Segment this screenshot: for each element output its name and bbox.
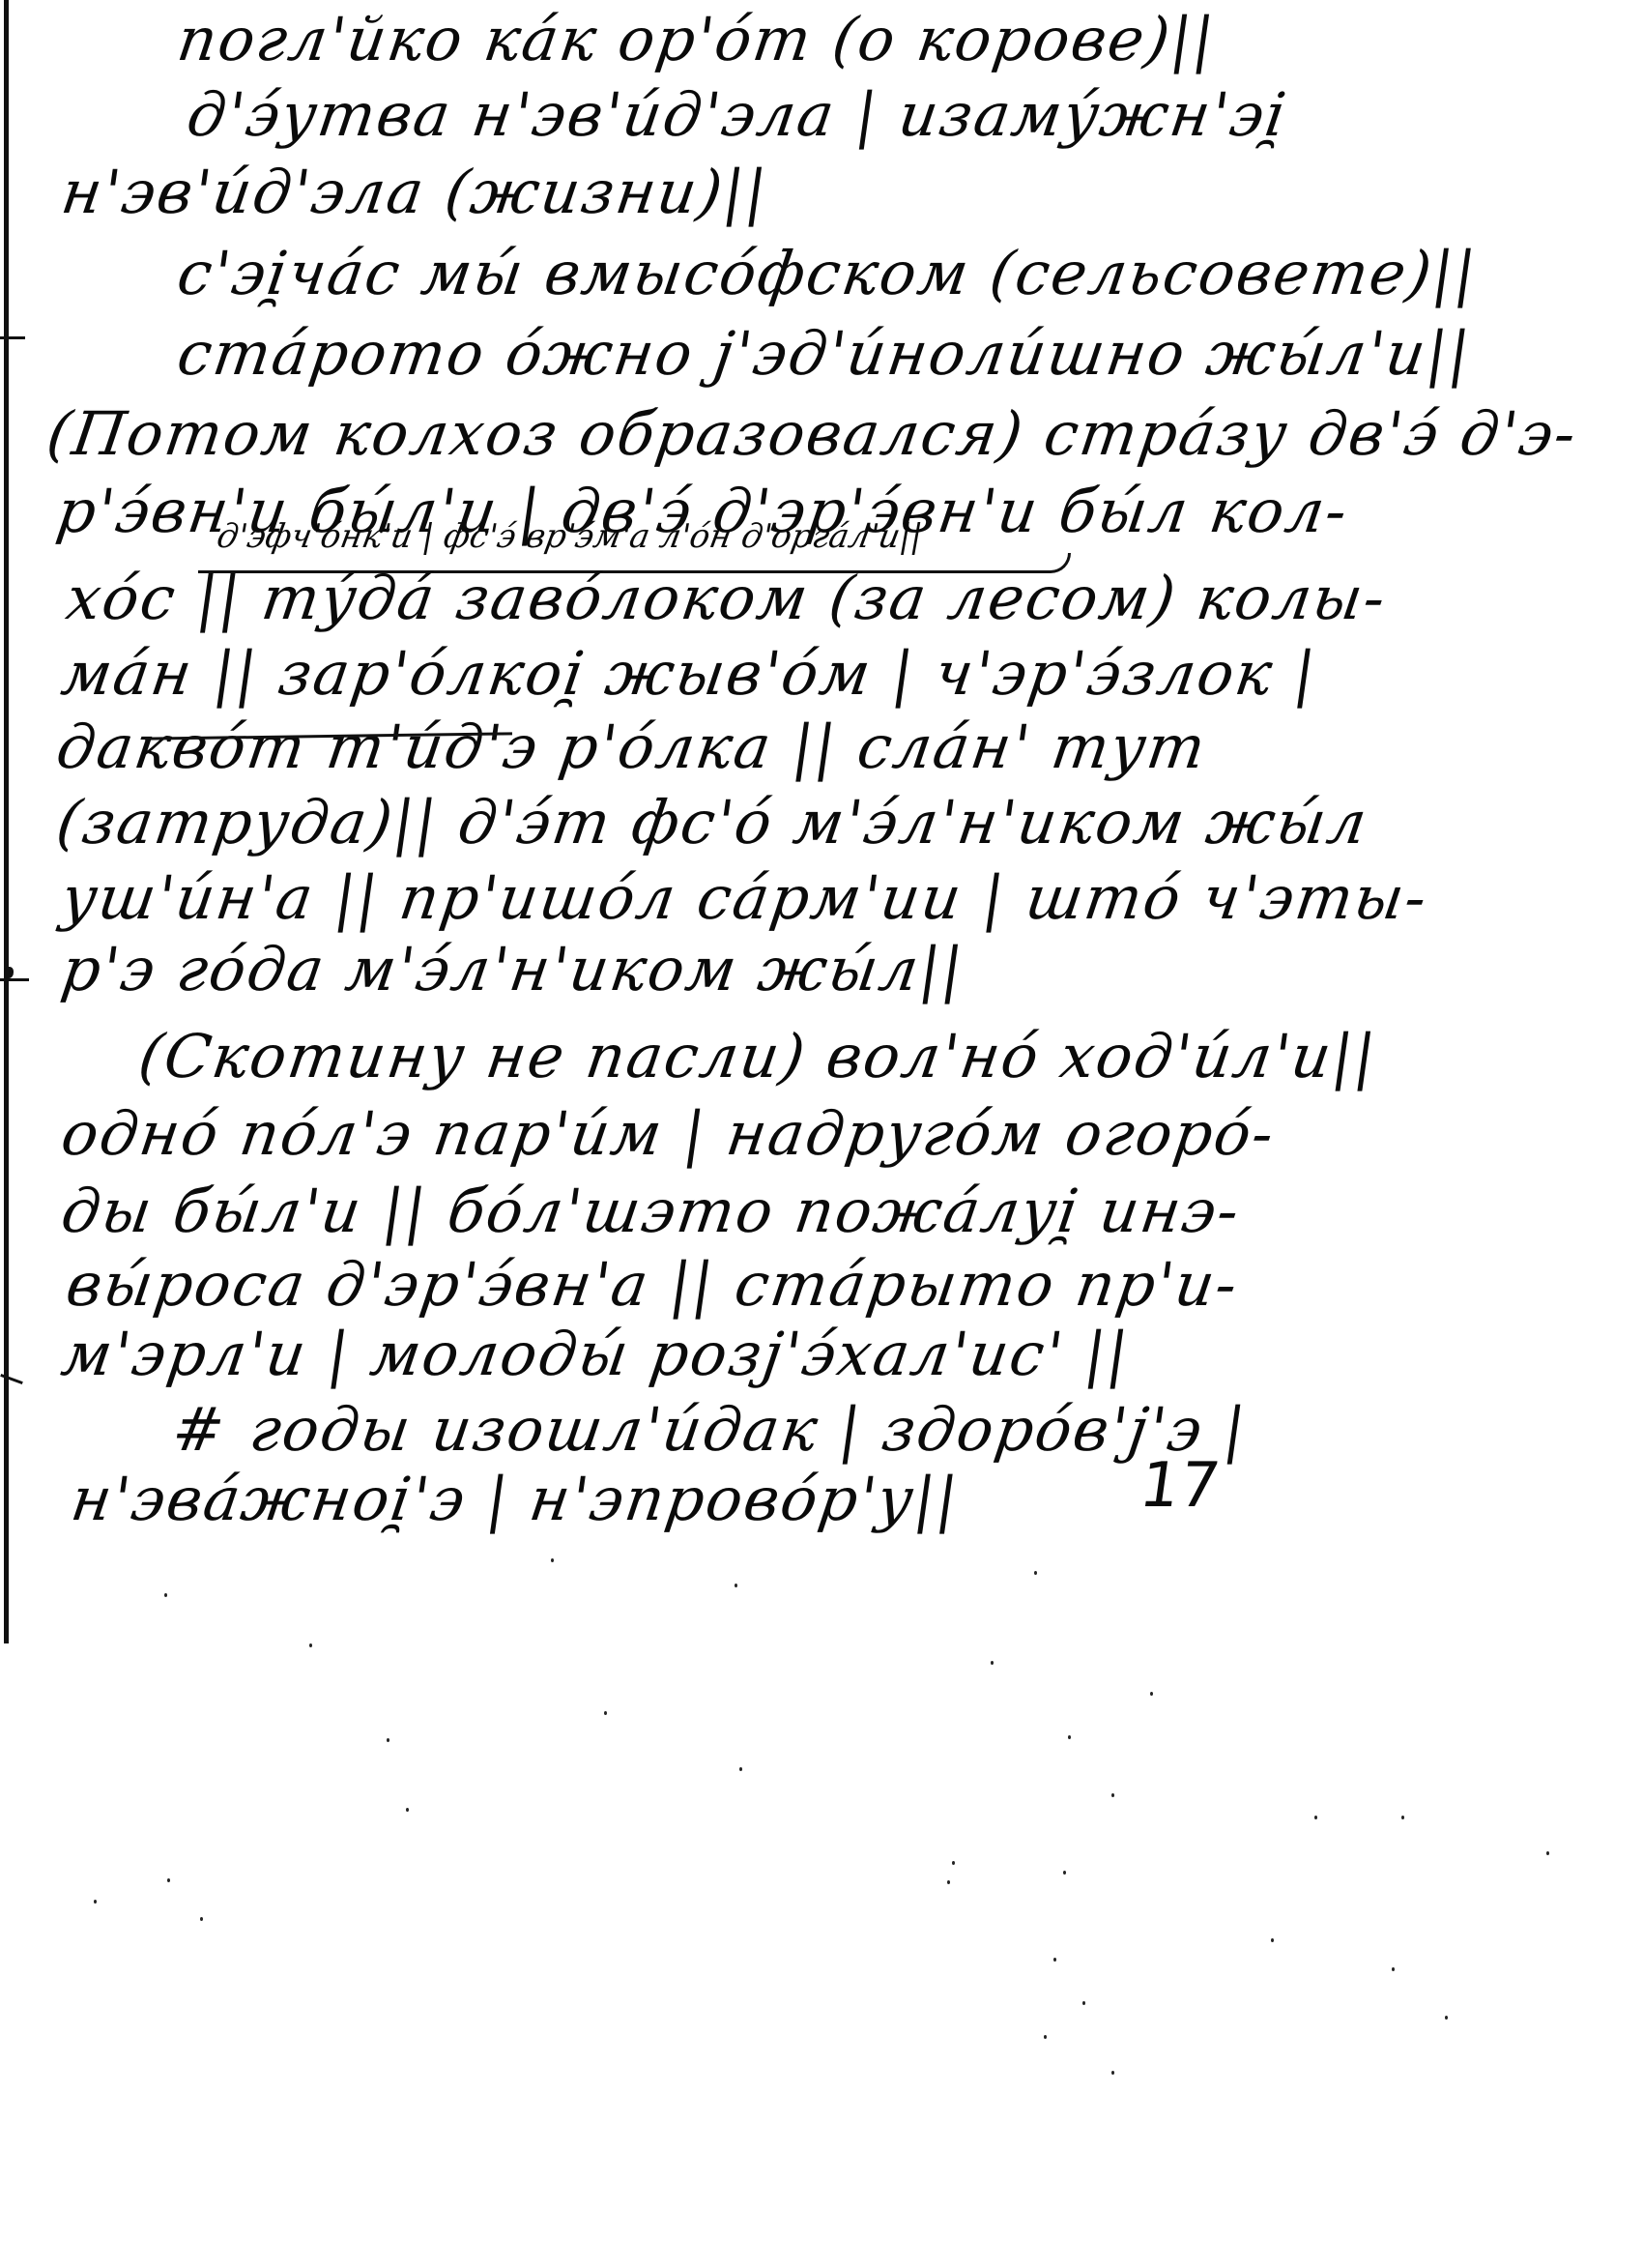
text-line-20: н'эва́жноі̯'э | н'эпрово́р'у|| (68, 1469, 963, 1529)
speck (1053, 1958, 1056, 1962)
speck (991, 1661, 994, 1665)
text-line-1: погл'йко ка́к ор'о́т (о корове)|| (174, 10, 1220, 70)
text-line-14: (Скотину не пасли) вол'но́ ход'и́л'и|| (135, 1027, 1381, 1087)
speck (1546, 1851, 1549, 1855)
text-line-8: хо́с || ту́да́ заво́локом (за лесом) кол… (63, 568, 1391, 628)
text-line-15: одно́ по́л'э пар'и́м | надругó́м огоро́- (58, 1104, 1279, 1164)
speck (1445, 2016, 1448, 2020)
speck (406, 1808, 409, 1812)
text-line-5: ста́рото о́жно ј'эд'и́ноли́шно жы́л'и|| (174, 324, 1475, 384)
text-line-19: годы изошл'и́дак | здоро́в'ј'э | (246, 1400, 1251, 1460)
speck (1271, 1938, 1274, 1942)
text-line-10: дакво́т т'и́д'э р'о́лка || сла́н' тут (53, 717, 1210, 777)
interlinear-annotation: д'эфч'о́нк'и | фс'э́ вр'э́м'а л'о́н д'ор… (215, 520, 925, 553)
text-line-11: (затруда)|| д'э́т фс'о́ м'э́л'н'иком жы́… (53, 793, 1371, 853)
speck (167, 1878, 170, 1882)
speck (1082, 2001, 1085, 2005)
text-line-3: н'эв'и́д'эла (жизни)|| (58, 162, 772, 222)
left-margin-line (4, 0, 9, 1643)
speck (1063, 1871, 1066, 1875)
text-line-17: вы́роса д'эр'э́вн'а || ста́рыто пр'и- (63, 1255, 1242, 1315)
speck (200, 1917, 203, 1921)
speck (1111, 2071, 1114, 2075)
text-line-6: (Потом колхоз образовался) стра́зу дв'э́… (43, 404, 1581, 464)
speck (947, 1880, 950, 1884)
text-line-9: ма́н || зар'о́лкоі̯ жыв'о́м | ч'эр'э́зло… (58, 644, 1320, 704)
manuscript-page: погл'йко ка́к ор'о́т (о корове)|| д'э́ут… (0, 0, 1643, 2268)
speck (1044, 2035, 1047, 2039)
speck (952, 1861, 955, 1865)
speck (164, 1593, 167, 1597)
speck (387, 1738, 389, 1742)
margin-tick (0, 336, 25, 339)
speck (94, 1900, 97, 1904)
speck (1392, 1967, 1395, 1971)
text-line-16: ды бы́л'и || бо́л'шэто пожа́луі̯ инэ- (58, 1181, 1244, 1241)
text-line-13: р'э го́да м'э́л'н'иком жы́л|| (58, 940, 968, 1000)
speck (1401, 1816, 1404, 1819)
speck (1034, 1571, 1037, 1575)
speck (735, 1584, 737, 1587)
text-line-12: уш'и́н'а || пр'ишо́л са́рм'ии | што́ ч'э… (58, 868, 1431, 928)
speck (739, 1767, 742, 1771)
strikethrough-mark: # (169, 1400, 230, 1460)
speck (1150, 1692, 1153, 1696)
speck (1068, 1735, 1071, 1739)
speck (551, 1558, 554, 1562)
text-line-18: м'эрл'и | молоды́ розј'э́хал'ис' || (58, 1324, 1134, 1384)
text-line-4: с'эі̯ча́с мы́ вмысо́фском (сельсовете)|| (174, 244, 1481, 304)
ink-blot (4, 967, 14, 978)
speck (1314, 1816, 1317, 1819)
speck (1111, 1793, 1114, 1797)
speck (604, 1711, 607, 1715)
text-line-2: д'э́утва н'эв'и́д'эла | изаму́жн'эі̯ (184, 85, 1291, 145)
speck (309, 1643, 312, 1647)
page-number: 17 (1136, 1450, 1225, 1522)
margin-tick (0, 978, 29, 981)
